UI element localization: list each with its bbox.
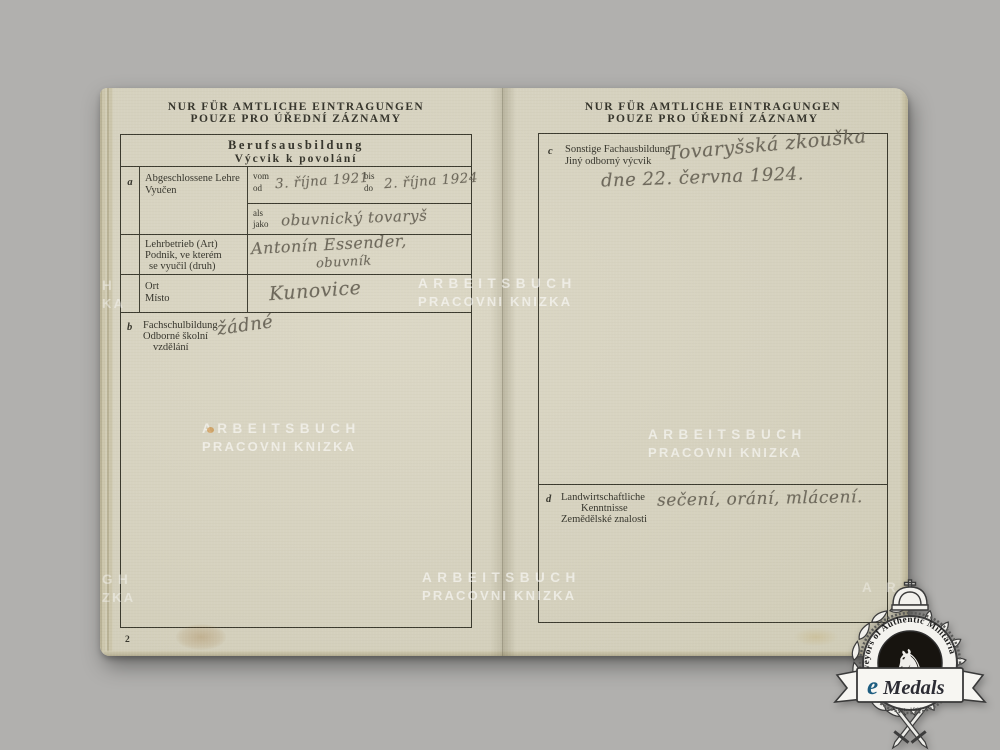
occupation-handwriting: obuvnický tovaryš <box>281 206 428 229</box>
row-c-letter: c <box>548 146 553 157</box>
emedals-logo: ♞ Purveyors of Authentic Militaria e Med… <box>833 578 1000 750</box>
row-d-label-cs: Zemědělské znalosti <box>561 514 647 526</box>
row-d-letter: d <box>546 494 551 505</box>
gutter-shadow <box>490 88 516 656</box>
right-page-header-line2: POUZE PRO ÚŘEDNÍ ZÁZNAMY <box>538 113 888 125</box>
line <box>247 203 471 204</box>
row-d-label-de1: Landwirtschaftliche <box>561 492 645 504</box>
crown-icon <box>892 580 928 610</box>
left-table: Berufsausbildung Výcvik k povolání a Abg… <box>120 134 472 628</box>
stain <box>794 628 838 646</box>
row-a-label-de: Abgeschlossene Lehre <box>145 173 240 185</box>
left-page-header-line2: POUZE PRO ÚŘEDNÍ ZÁZNAMY <box>120 113 472 125</box>
od-label: od <box>253 183 262 193</box>
als-label: als <box>253 208 263 218</box>
row-c-label-de: Sonstige Fachausbildung <box>565 144 670 156</box>
lehrbetrieb-label-de: Lehrbetrieb (Art) <box>145 239 218 251</box>
right-table: c Sonstige Fachausbildung Jiný odborný v… <box>538 133 888 623</box>
date-to-handwriting: 2. října 1924 <box>384 170 479 193</box>
page-stack-edge-left <box>100 88 113 656</box>
jako-label: jako <box>253 219 269 229</box>
date-from-handwriting: 3. října 1921 <box>275 170 370 193</box>
row-b-letter: b <box>127 322 132 333</box>
lehrbetrieb-label-cs1: Podnik, ve kterém <box>145 250 222 262</box>
line <box>139 166 140 312</box>
line <box>539 484 887 485</box>
row-b-label-cs2: vzdělání <box>153 342 189 354</box>
row-b-label-de: Fachschulbildung <box>143 320 218 332</box>
page-number: 2 <box>125 635 130 647</box>
ort-label-de: Ort <box>145 281 159 293</box>
row-c-label-cs: Jiný odborný výcvik <box>565 156 651 168</box>
right-page-header-line1: NUR FÜR AMTLICHE EINTRAGUNGEN <box>538 101 888 113</box>
row-d-label-de2: Kenntnisse <box>581 503 628 515</box>
line <box>247 166 248 312</box>
ribbon-banner: e Medals <box>835 668 985 702</box>
row-b-label-cs1: Odborné školní <box>143 331 208 343</box>
vom-label: vom <box>253 171 269 181</box>
exam-date-handwriting: dne 22. června 1924. <box>601 163 805 191</box>
page-stack-edge-right <box>899 88 908 656</box>
row-a-letter: a <box>121 177 139 188</box>
employer-handwriting-2: obuvník <box>316 254 372 272</box>
left-page-header-line1: NUR FÜR AMTLICHE EINTRAGUNGEN <box>120 101 472 113</box>
bis-label: bis <box>364 171 375 181</box>
brand-e: e <box>867 673 878 700</box>
photo-stage: NUR FÜR AMTLICHE EINTRAGUNGEN POUZE PRO … <box>0 0 1000 750</box>
brand-medals: Medals <box>882 677 945 699</box>
lehrbetrieb-label-cs2: se vyučil (druh) <box>149 261 215 273</box>
place-handwriting: Kunovice <box>268 277 362 305</box>
line <box>121 312 471 313</box>
do-label: do <box>364 183 373 193</box>
schooling-handwriting: žádné <box>216 311 275 340</box>
ort-label-cs: Místo <box>145 293 170 305</box>
workbook-spread: NUR FÜR AMTLICHE EINTRAGUNGEN POUZE PRO … <box>100 88 908 656</box>
table-title-de: Berufsausbildung <box>121 138 471 153</box>
line <box>121 274 471 275</box>
est-label: Est. 1967 <box>897 707 922 713</box>
line <box>121 234 471 235</box>
exam-handwriting: Tovaryšská zkouška <box>666 125 867 164</box>
line <box>121 166 471 167</box>
page-stack-edge-bottom <box>104 650 904 656</box>
table-title-cs: Výcvik k povolání <box>121 153 471 165</box>
farming-handwriting: sečení, orání, mlácení. <box>657 487 863 511</box>
gutter-crease <box>502 88 503 656</box>
table-title: Berufsausbildung Výcvik k povolání <box>121 138 471 165</box>
row-a-label-cs: Vyučen <box>145 185 177 197</box>
